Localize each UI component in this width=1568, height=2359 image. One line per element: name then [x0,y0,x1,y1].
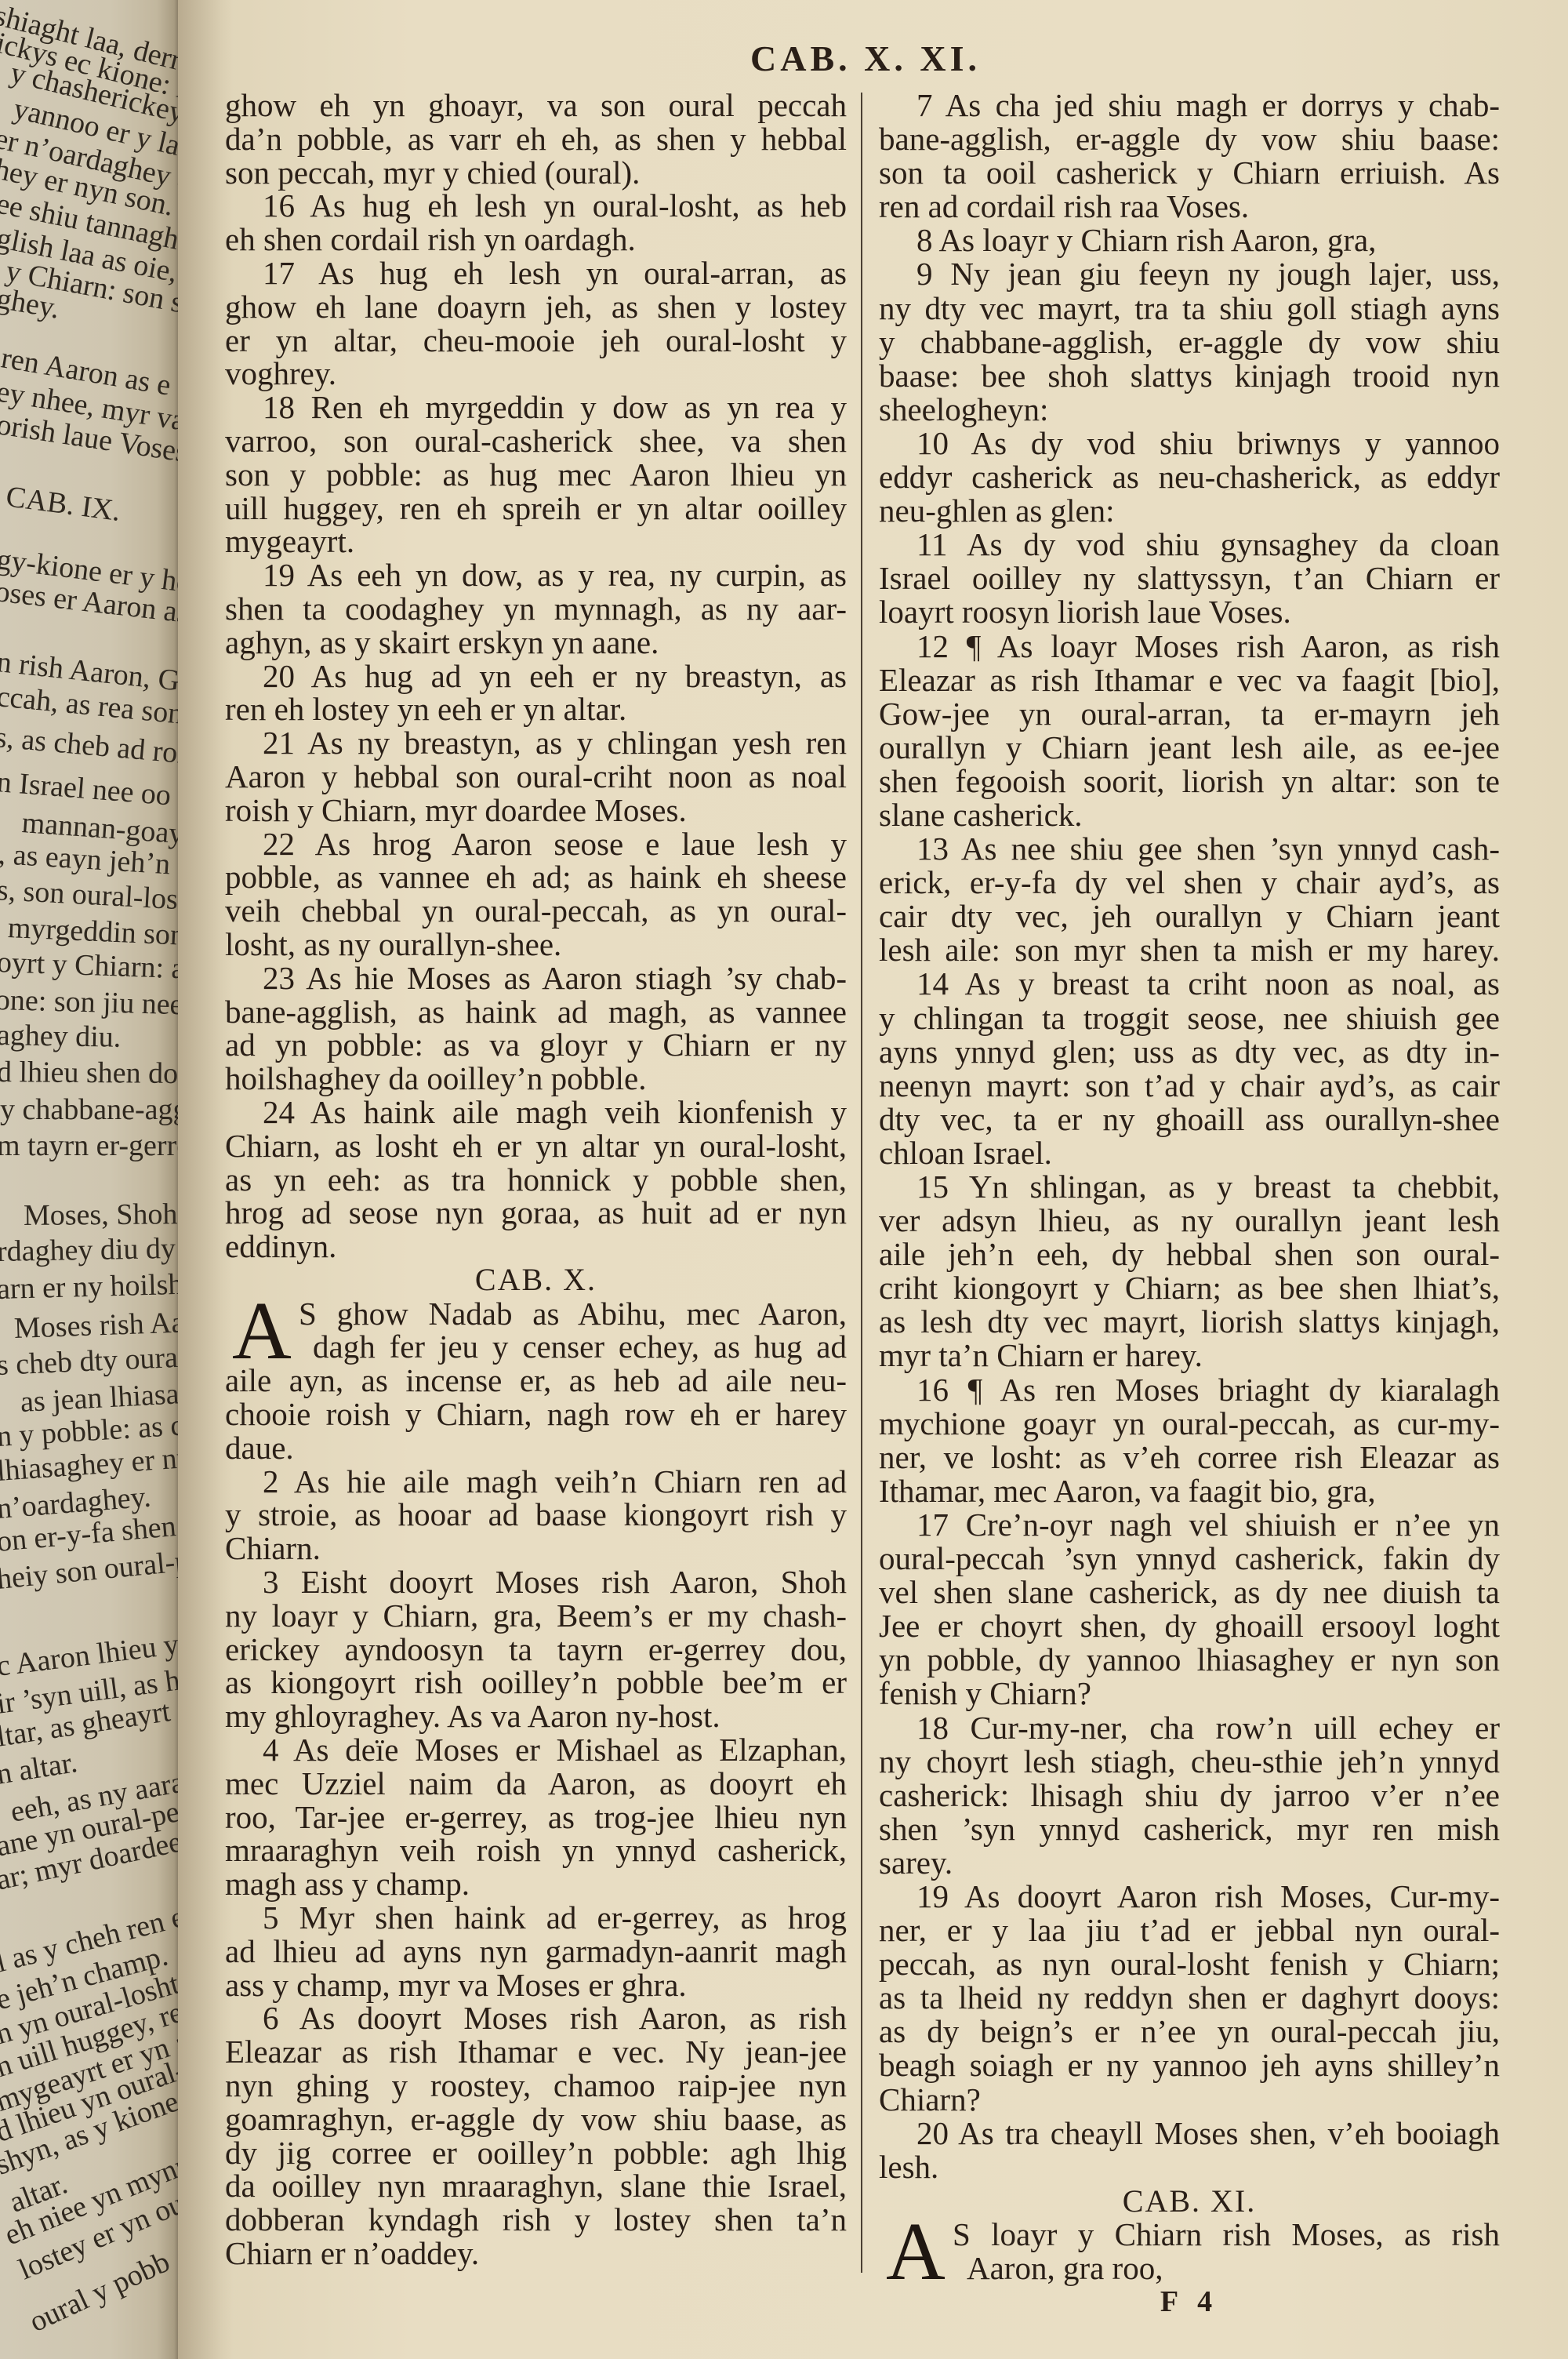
text-line: dty vec, ta er ny ghoaill ass ourallyn-s… [879,1103,1500,1136]
facing-page-text-fragment: aghey diu. [0,1020,122,1053]
text-line: bane-agglish, as haink ad magh, as vanne… [225,995,847,1029]
text-line: neu-ghlen as glen: [879,494,1500,528]
text-line: beagh soiagh er ny yannoo jeh ayns shill… [879,2048,1500,2082]
text-line: Gow-jee yn oural-arran, ta er-mayrn jeh [879,697,1500,731]
text-line: hrog ad seose nyn goraa, as huit ad er n… [225,1196,847,1230]
chapter-opening-line: A S ghow Nadab as Abihu, mec Aaron, [225,1297,847,1331]
text-line: erickey ayndoosyn ta tayrn er-gerrey dou… [225,1633,847,1667]
text-line: myr ta’n Chiarn er harey. [879,1339,1500,1372]
facing-page-text-fragment: Moses rish Aaron, [13,1305,178,1344]
facing-page-text-fragment: n altar. [0,1747,79,1790]
verse-start-line: 18 Ren eh myrgeddin y dow as yn rea y [225,391,847,424]
text-line: ourallyn y Chiarn jeant lesh aile, as ee… [879,731,1500,765]
text-line: ren eh lostey yn eeh er yn altar. [225,692,847,726]
verse-start-line: 7 As cha jed shiu magh er dorrys y chab- [879,89,1500,122]
text-line: ny dty vec mayrt, tra ta shiu goll stiag… [879,292,1500,325]
facing-page: shiaght laa, derr ickys ec kione: rish y… [0,0,178,2359]
text-line: son ta ooil casherick y Chiarn erriuish.… [879,156,1500,190]
left-text-column: ghow eh yn ghoayr, va son oural peccah d… [225,89,847,2270]
facing-page-text-fragment: d lhieu shen doardee [0,1056,178,1090]
text-line-content: S loayr y Chiarn rish Moses, as rish [953,2216,1500,2252]
text-line: vel shen slane casherick, as dy nee diui… [879,1576,1500,1609]
verse-start-line: 6 As dooyrt Moses rish Aaron, as rish [225,2001,847,2035]
verse-start-line: 9 Ny jean giu feeyn ny jough lajer, uss, [879,257,1500,291]
text-line: sarey. [879,1846,1500,1880]
text-line: magh ass y champ. [225,1867,847,1901]
text-line: erick, er-y-fa dy vel shen y chair ayd’s… [879,866,1500,900]
verse-start-line: 15 Yn shlingan, as y breast ta chebbit, [879,1170,1500,1204]
facing-page-text-fragment: rdaghey diu dy yan [0,1232,178,1267]
verse-start-line: 16 As hug eh lesh yn oural-losht, as heb [225,189,847,223]
signature-mark: F 4 [879,2285,1500,2319]
facing-page-text-fragment: s, as cheb ad roish y [0,722,178,774]
text-line: my ghloyraghey. As va Aaron ny-host. [225,1699,847,1733]
text-line: ayns ynnyd glen; uss as dty vec, as dty … [879,1035,1500,1069]
verse-start-line: 17 Cre’n-oyr nagh vel shiuish er n’ee yn [879,1508,1500,1542]
text-line: dobberan kyndagh rish y lostey shen ta’n [225,2203,847,2237]
text-line: Chiarn er n’oaddey. [225,2237,847,2270]
text-line: roish y Chiarn, myr doardee Moses. [225,794,847,827]
text-line: voghrey. [225,357,847,391]
text-line: mec Uzziel naim da Aaron, as dooyrt eh [225,1767,847,1801]
facing-page-chapter-heading: CAB. IX. [4,481,122,527]
text-line: Ithamar, mec Aaron, va faagit bio, gra, [879,1474,1500,1508]
text-line: dagh fer jeu y censer echey, as hug ad [225,1330,847,1364]
text-line: Aaron y hebbal son oural-criht noon as n… [225,760,847,794]
verse-start-line: 10 As dy vod shiu briwnys y yannoo [879,427,1500,460]
text-line: shen fegooish soorit, liorish yn altar: … [879,765,1500,798]
facing-page-text-fragment: Moses, Shoh’n [24,1198,178,1231]
text-line: er yn altar, cheu-mooie jeh oural-losht … [225,324,847,358]
text-line: baase: bee shoh slattys kinjagh trooid n… [879,359,1500,393]
text-line: ner, er y laa jiu t’ad er jebbal nyn our… [879,1914,1500,1947]
text-line: shen ’syn ynnyd casherick, myr ren mish [879,1812,1500,1846]
facing-page-text-fragment: s, son oural-losht; [0,874,178,917]
text-line: ner, ve losht: as v’eh corree rish Eleaz… [879,1441,1500,1474]
verse-start-line: 22 As hrog Aaron seose e laue lesh y [225,827,847,861]
text-line: criht kiongoyrt y Chiarn; as bee shen lh… [879,1271,1500,1305]
text-line: yn pobble, dy yannoo lhiasaghey er nyn s… [879,1643,1500,1677]
text-line: aile jeh’n eeh, dy hebbal shen son oural… [879,1238,1500,1271]
text-line: hoilshaghey da ooilley’n pobble. [225,1062,847,1096]
right-text-column: 7 As cha jed shiu magh er dorrys y chab-… [879,89,1500,2319]
verse-start-line: 13 As nee shiu gee shen ’syn ynnyd cash- [879,832,1500,866]
verse-start-line: 5 Myr shen haink ad er-gerrey, as hrog [225,1901,847,1935]
facing-page-text-fragment: arn er ny hoilshaghey [0,1267,178,1305]
running-head: CAB. X. XI. [709,41,1022,77]
text-line: mygeayrt. [225,525,847,558]
text-line: lesh. [879,2150,1500,2184]
text-line: y chlingan ta troggit seose, nee shiuish… [879,1001,1500,1035]
text-line: daue. [225,1431,847,1465]
text-line: eddyr casherick as neu-chasherick, as ed… [879,460,1500,494]
text-line: lesh aile: son myr shen ta mish er my ha… [879,933,1500,967]
text-line: as lesh dty vec mayrt, liorish slattys k… [879,1305,1500,1339]
verse-start-line: 3 Eisht dooyrt Moses rish Aaron, Shoh [225,1565,847,1599]
text-line: slane casherick. [879,798,1500,832]
text-line: as dy beign’s er n’ee yn oural-peccah ji… [879,2015,1500,2048]
facing-page-text-fragment: one: son jiu nee’n [0,984,178,1021]
text-line: Chiarn? [879,2083,1500,2117]
verse-start-line: 17 As hug eh lesh yn oural-arran, as [225,256,847,290]
text-line: oural-peccah ’syn ynnyd casherick, fakin… [879,1542,1500,1576]
verse-start-line: 23 As hie Moses as Aaron stiagh ’sy chab… [225,961,847,995]
text-line: casherick: lhisagh shiu dy jarroo v’er n… [879,1779,1500,1812]
text-line: y stroie, as hooar ad baase kiongoyrt ri… [225,1498,847,1532]
text-line: Jee er choyrt shen, dy ghoaill ersooyl l… [879,1609,1500,1643]
text-line: son y pobble: as hug mec Aaron lhieu yn [225,458,847,492]
facing-page-text-fragment: m tayrn er-gerrey, as [0,1130,178,1161]
text-line: fenish y Chiarn? [879,1677,1500,1710]
text-line: da’n pobble, as varr eh eh, as shen y he… [225,122,847,156]
text-line: pobble, as vannee eh ad; as haink eh she… [225,860,847,894]
text-line: Aaron, gra roo, [879,2252,1500,2285]
verse-start-line: 4 As deïe Moses er Mishael as Elzaphan, [225,1733,847,1767]
text-line: chloan Israel. [879,1136,1500,1170]
text-line: shen ta coodaghey yn mynnagh, as ny aar- [225,592,847,626]
text-line: mychione goayr yn oural-peccah, as cur-m… [879,1407,1500,1441]
text-line: Eleazar as rish Ithamar e vec va faagit … [879,663,1500,697]
chapter-opening-line: A S loayr y Chiarn rish Moses, as rish [879,2218,1500,2252]
text-line: da ooilley nyn mraaraghyn, slane thie Is… [225,2169,847,2203]
text-line: ren ad cordail rish raa Voses. [879,190,1500,224]
verse-start-line: 24 As haink aile magh veih kionfenish y [225,1096,847,1129]
text-line: mraaraghyn veih roish yn ynnyd casherick… [225,1834,847,1867]
text-line: ad lhieu ad ayns nyn garmadyn-aanrit mag… [225,1935,847,1968]
text-line: cair dty vec, jeh ourallyn y Chiarn jean… [879,900,1500,933]
verse-start-line: 21 As ny breastyn, as y chlingan yesh re… [225,726,847,760]
text-line: ass y champ, myr va Moses er ghra. [225,1968,847,2002]
text-line: bane-agglish, er-aggle dy vow shiu baase… [879,122,1500,156]
facing-page-text-fragment: s cheb dty oural-pec [0,1339,178,1381]
verse-start-line: 18 Cur-my-ner, cha row’n uill echey er [879,1711,1500,1745]
text-line: dy jig corree er ooilley’n pobble: agh l… [225,2136,847,2170]
text-line: Chiarn. [225,1532,847,1565]
verse-start-line: 12 ¶ As loayr Moses rish Aaron, as rish [879,630,1500,663]
text-line: loayrt roosyn liorish laue Voses. [879,595,1500,629]
text-line: ghow eh yn ghoayr, va son oural peccah [225,89,847,122]
facing-page-text-fragment: y chabbane-agglish: [0,1094,178,1125]
verse-start-line: 2 As hie aile magh veih’n Chiarn ren ad [225,1465,847,1499]
text-line: roo, Tar-jee er-gerrey, as trog-jee lhie… [225,1801,847,1834]
text-line: as ta lheid ny reddyn shen er daghyrt do… [879,1981,1500,2015]
chapter-heading: CAB. X. [225,1263,847,1297]
text-line: ver adsyn lhieu, as ny ourallyn jeant le… [879,1204,1500,1238]
text-line: ny loayr y Chiarn, gra, Beem’s er my cha… [225,1599,847,1633]
text-line: chooie roish y Chiarn, nagh row eh er ha… [225,1398,847,1431]
text-line: y chabbane-agglish, er-aggle dy vow shiu [879,325,1500,359]
text-line: Israel ooilley ny slattyssyn, t’an Chiar… [879,562,1500,595]
text-line: losht, as ny ourallyn-shee. [225,928,847,961]
text-line-content: S ghow Nadab as Abihu, mec Aaron, [299,1296,847,1332]
text-line: sheelogheyn: [879,393,1500,427]
column-rule [861,93,862,2273]
text-line: ad yn pobble: as va gloyr y Chiarn er ny [225,1028,847,1062]
text-line: aile ayn, as incense er, as heb ad aile … [225,1364,847,1398]
verse-start-line: 16 ¶ As ren Moses briaght dy kiaralagh [879,1373,1500,1407]
text-line: varroo, son oural-casherick shee, va she… [225,424,847,458]
text-line: eh shen cordail rish yn oardagh. [225,223,847,256]
text-line: Chiarn, as losht eh er yn altar yn oural… [225,1129,847,1163]
text-line: uill huggey, ren eh spreih er yn altar o… [225,492,847,525]
verse-start-line: 11 As dy vod shiu gynsaghey da cloan [879,528,1500,562]
text-line: peccah, as nyn oural-losht fenish y Chia… [879,1947,1500,1981]
text-line: son peccah, myr y chied (oural). [225,156,847,190]
text-line: as kiongoyrt rish ooilley’n pobble bee’m… [225,1666,847,1699]
text-line: neenyn mayrt: son t’ad y chair ayd’s, as… [879,1069,1500,1103]
text-line: aghyn, as y skairt erskyn yn aane. [225,626,847,660]
verse-start-line: 14 As y breast ta criht noon as noal, as [879,967,1500,1001]
verse-start-line: 19 As dooyrt Aaron rish Moses, Cur-my- [879,1880,1500,1914]
verse-start-line: 20 As tra cheayll Moses shen, v’eh booia… [879,2117,1500,2150]
facing-page-text-fragment: oyrt y Chiarn: as oural [0,947,178,987]
text-line: as yn eeh: as tra honnick y pobble shen, [225,1163,847,1197]
text-line: goamraghyn, er-aggle dy vow shiu baase, … [225,2103,847,2136]
text-line: eddinyn. [225,1230,847,1263]
text-line: Eleazar as rish Ithamar e vec. Ny jean-j… [225,2035,847,2069]
text-line: veih chebbal yn oural-peccah, as yn oura… [225,894,847,928]
verse-start-line: 19 As eeh yn dow, as y rea, ny curpin, a… [225,558,847,592]
text-line: nyn ghing y roostey, chamoo raip-jee nyn [225,2069,847,2103]
verse-start-line: 8 As loayr y Chiarn rish Aaron, gra, [879,224,1500,257]
chapter-heading: CAB. XI. [879,2184,1500,2218]
verse-start-line: 20 As hug ad yn eeh er ny breastyn, as [225,660,847,693]
text-line: ny choyrt lesh stiagh, cheu-sthie jeh’n … [879,1745,1500,1779]
text-line: ghow eh lane doayrn jeh, as shen y loste… [225,290,847,324]
